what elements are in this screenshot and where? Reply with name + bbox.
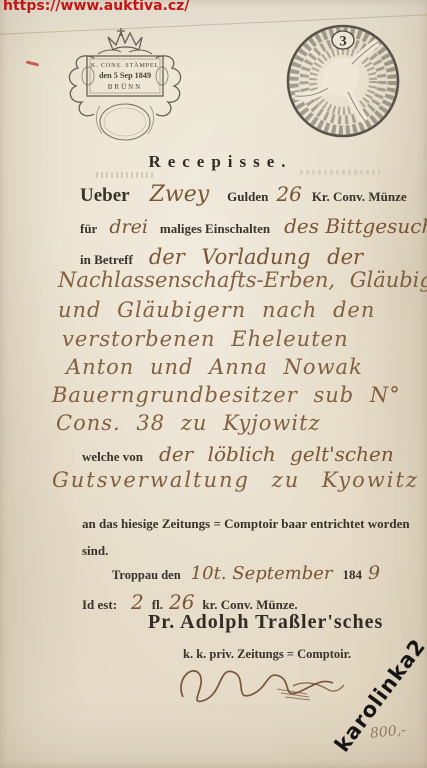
crown-revenue-stamp: K. CONS. STÄMPEL den 5 Sep 1849 BRÜNN <box>58 24 192 146</box>
printed-regarding-label: in Betreff <box>80 252 133 267</box>
printed-florin-label: fl. <box>152 597 163 612</box>
handwritten-line-administration: Gutsverwaltung zu Kyowitz <box>52 470 419 491</box>
handwritten-signature <box>175 655 347 711</box>
scanned-document-page: https://www.auktiva.cz/ K. CONS. STÄMPEL… <box>0 0 427 768</box>
document-title: Recepisse. <box>0 152 427 172</box>
ink-offset-mark <box>96 172 154 178</box>
stamp-denomination-value: 3 <box>339 34 347 50</box>
line-regarding: in Betreff der Vorladung der <box>80 247 363 268</box>
handwritten-line-estate: Nachlassenschafts-Erben, Gläubigern <box>58 270 427 291</box>
red-ink-mark <box>26 60 39 66</box>
line-amount: Ueber Zwey Gulden 26 Kr. Conv. Münze <box>80 184 407 206</box>
printed-paid-line: an das hiesige Zeitungs = Comptoir baar … <box>82 517 410 530</box>
pencil-price-note: 800,- <box>369 722 406 742</box>
handwritten-line-address: Cons. 38 zu Kyjowitz <box>56 413 321 434</box>
printed-currency-label: Kr. Conv. Münze <box>312 189 407 204</box>
handwritten-kreuzer-value: 26 <box>276 182 301 206</box>
handwritten-subject: des Bittgesuchs <box>284 214 427 238</box>
handwritten-line-occupation: Bauerngrundbesitzer sub N° <box>52 385 401 406</box>
handwritten-amount-words: Zwey <box>150 182 210 207</box>
printed-idest-label: Id est: <box>82 597 117 612</box>
handwritten-year-digit: 9 <box>368 562 380 584</box>
circular-denomination-stamp: 3 <box>282 20 404 142</box>
stamp-city-label: BRÜNN <box>108 83 143 91</box>
handwritten-florin-value: 2 <box>131 590 144 614</box>
handwritten-which: der löblich gelt'schen <box>159 442 394 466</box>
handwritten-date: 10t. September <box>191 563 333 584</box>
printed-currency-label2: kr. Conv. Münze. <box>202 597 297 612</box>
line-insertions: für drei maliges Einschalten des Bittges… <box>80 216 427 237</box>
handwritten-line-names: Anton und Anna Nowak <box>66 357 363 378</box>
printed-year: 184 <box>343 567 363 582</box>
line-place-date: Troppau den 10t. September 184 9 <box>112 564 380 583</box>
printed-gulden-label: Gulden <box>227 189 268 204</box>
printed-for-label: für <box>80 221 97 236</box>
handwritten-line-deceased: verstorbenen Eheleuten <box>62 329 349 350</box>
printed-over-label: Ueber <box>80 185 130 206</box>
handwritten-times: drei <box>109 216 148 238</box>
handwritten-regarding: der Vorladung der <box>149 245 363 269</box>
issuer-name: Pr. Adolph Traßler'sches <box>148 612 383 632</box>
stamp-office-label: K. CONS. STÄMPEL <box>91 62 159 69</box>
line-which-from: welche von der löblich gelt'schen <box>82 444 394 465</box>
printed-insertion-label: maliges Einschalten <box>160 221 270 236</box>
handwritten-line-creditors: und Gläubigern nach den <box>58 300 375 321</box>
printed-paid-line-end: sind. <box>82 544 108 557</box>
line-id-est: Id est: 2 fl. 26 kr. Conv. Münze. <box>82 592 298 613</box>
stamp-date-label: den 5 Sep 1849 <box>99 71 151 80</box>
printed-which-label: welche von <box>82 449 143 464</box>
printed-place-label: Troppau den <box>112 568 181 582</box>
auction-site-url-watermark: https://www.auktiva.cz/ <box>3 0 189 14</box>
